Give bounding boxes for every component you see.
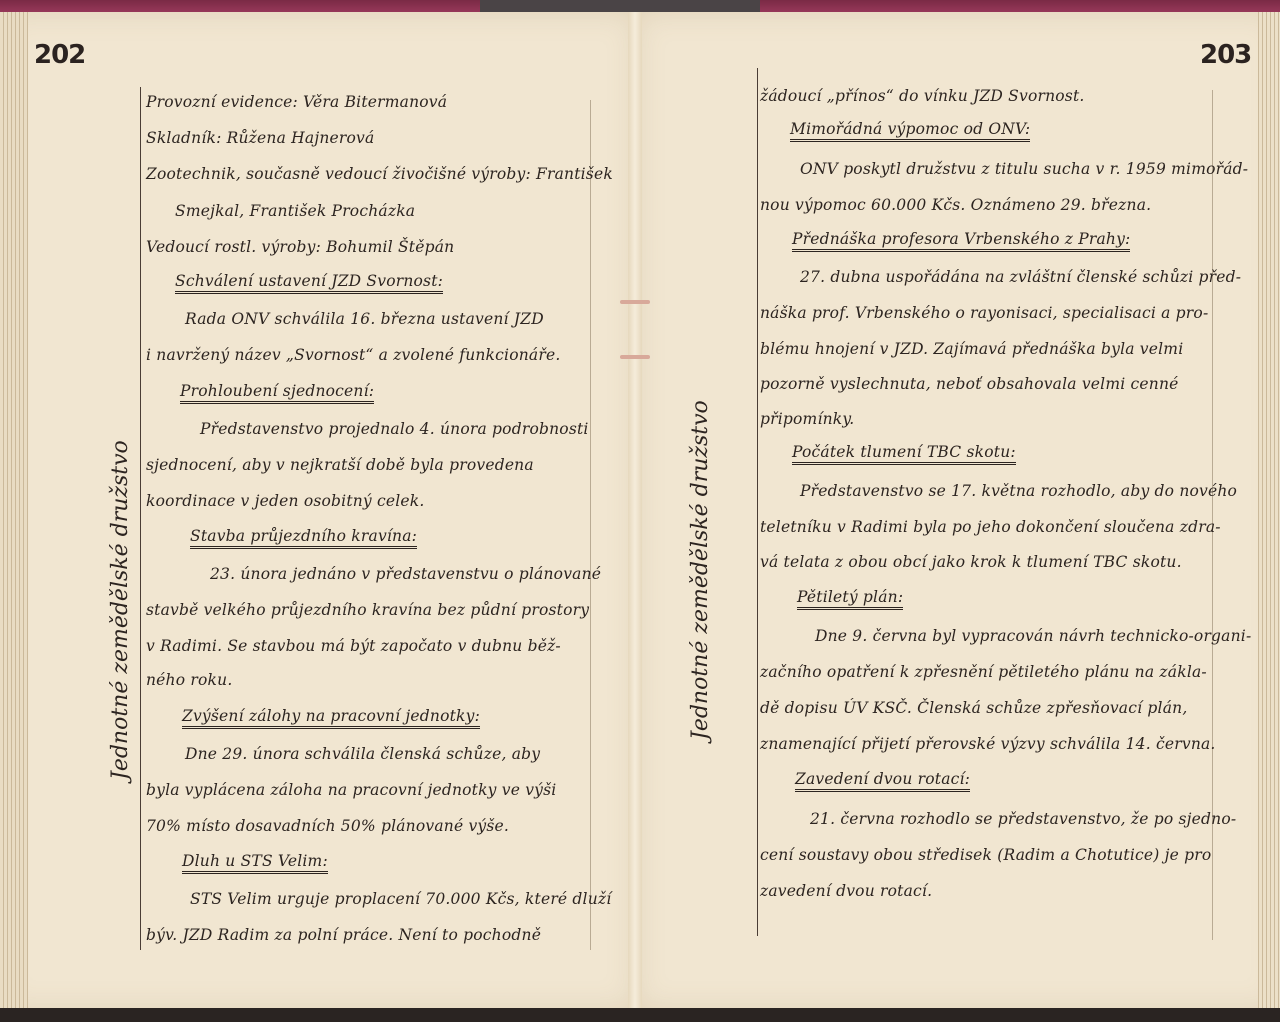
text-line: koordinace v jeden osobitný celek. (146, 492, 425, 510)
page-number-left: 202 (34, 40, 85, 70)
text-line: blému hnojení v JZD. Zajímavá přednáška … (760, 340, 1183, 358)
text-line: 23. února jednáno v představenstvu o plá… (210, 565, 601, 583)
page-edges-right (1258, 12, 1280, 1010)
text-line: dě dopisu ÚV KSČ. Členská schůze zpřesňo… (760, 699, 1187, 717)
left-margin-title: Jednotné zemědělské družstvo (108, 440, 133, 780)
left-right-rule (590, 100, 591, 950)
text-line: Provozní evidence: Věra Bitermanová (146, 93, 447, 111)
text-line: i navržený název „Svornost“ a zvolené fu… (146, 346, 560, 364)
text-line: teletníku v Radimi byla po jeho dokončen… (760, 518, 1221, 536)
text-line: STS Velim urguje proplacení 70.000 Kčs, … (190, 890, 611, 908)
text-line: Skladník: Růžena Hajnerová (146, 129, 374, 147)
right-margin-title: Jednotné zemědělské družstvo (688, 400, 713, 740)
section-heading: Zvýšení zálohy na pracovní jednotky: (182, 707, 480, 729)
text-line: znamenající přijetí přerovské výzvy schv… (760, 735, 1216, 753)
text-line: náška prof. Vrbenského o rayonisaci, spe… (760, 304, 1208, 322)
text-line: sjednocení, aby v nejkratší době byla pr… (146, 456, 534, 474)
left-margin-rule (140, 87, 141, 950)
section-heading: Počátek tlumení TBC skotu: (792, 443, 1016, 465)
section-heading: Mimořádná výpomoc od ONV: (790, 120, 1030, 142)
text-line: Rada ONV schválila 16. března ustavení J… (185, 310, 544, 328)
page-edges-left (0, 12, 28, 1010)
book-cover-bottom (0, 1008, 1280, 1022)
section-heading: Stavba průjezdního kravína: (190, 527, 417, 549)
page-number-right: 203 (1200, 40, 1251, 70)
binding-stitch (620, 355, 650, 359)
section-heading: Dluh u STS Velim: (182, 852, 328, 874)
text-line: Vedoucí rostl. výroby: Bohumil Štěpán (146, 238, 454, 256)
section-heading: Schválení ustavení JZD Svornost: (175, 272, 443, 294)
text-line: ONV poskytl družstvu z titulu sucha v r.… (800, 160, 1248, 178)
text-line: Dne 29. února schválila členská schůze, … (185, 745, 540, 763)
text-line: připomínky. (760, 410, 854, 428)
text-line: začního opatření k zpřesnění pětiletého … (760, 663, 1207, 681)
text-line: pozorně vyslechnuta, neboť obsahovala ve… (760, 375, 1179, 393)
text-line: 70% místo dosavadních 50% plánované výše… (146, 817, 509, 835)
text-line: vá telata z obou obcí jako krok k tlumen… (760, 553, 1182, 571)
text-line: stavbě velkého průjezdního kravína bez p… (146, 601, 589, 619)
text-line: 21. června rozhodlo se představenstvo, ž… (810, 810, 1236, 828)
text-line: Představenstvo projednalo 4. února podro… (200, 420, 589, 438)
right-margin-rule (757, 68, 758, 936)
text-line: ného roku. (146, 671, 232, 689)
text-line: v Radimi. Se stavbou má být započato v d… (146, 637, 561, 655)
text-line: Představenstvo se 17. května rozhodlo, a… (800, 482, 1237, 500)
text-line: žádoucí „přínos“ do vínku JZD Svornost. (760, 87, 1085, 105)
section-heading: Zavedení dvou rotací: (795, 770, 970, 792)
text-line: 27. dubna uspořádána na zvláštní členské… (800, 268, 1241, 286)
text-line: zavedení dvou rotací. (760, 882, 932, 900)
text-line: býv. JZD Radim za polní práce. Není to p… (146, 926, 541, 944)
section-heading: Pětiletý plán: (797, 588, 903, 610)
text-line: nou výpomoc 60.000 Kčs. Oznámeno 29. bře… (760, 196, 1151, 214)
binding-stitch (620, 300, 650, 304)
text-line: Smejkal, František Procházka (175, 202, 415, 220)
text-line: Zootechnik, současně vedoucí živočišné v… (146, 165, 613, 183)
text-line: cení soustavy obou středisek (Radim a Ch… (760, 846, 1211, 864)
text-line: Dne 9. června byl vypracován návrh techn… (815, 627, 1251, 645)
book-gutter (628, 12, 642, 1010)
section-heading: Přednáška profesora Vrbenského z Prahy: (792, 230, 1130, 252)
section-heading: Prohloubení sjednocení: (180, 382, 374, 404)
text-line: byla vyplácena záloha na pracovní jednot… (146, 781, 556, 799)
